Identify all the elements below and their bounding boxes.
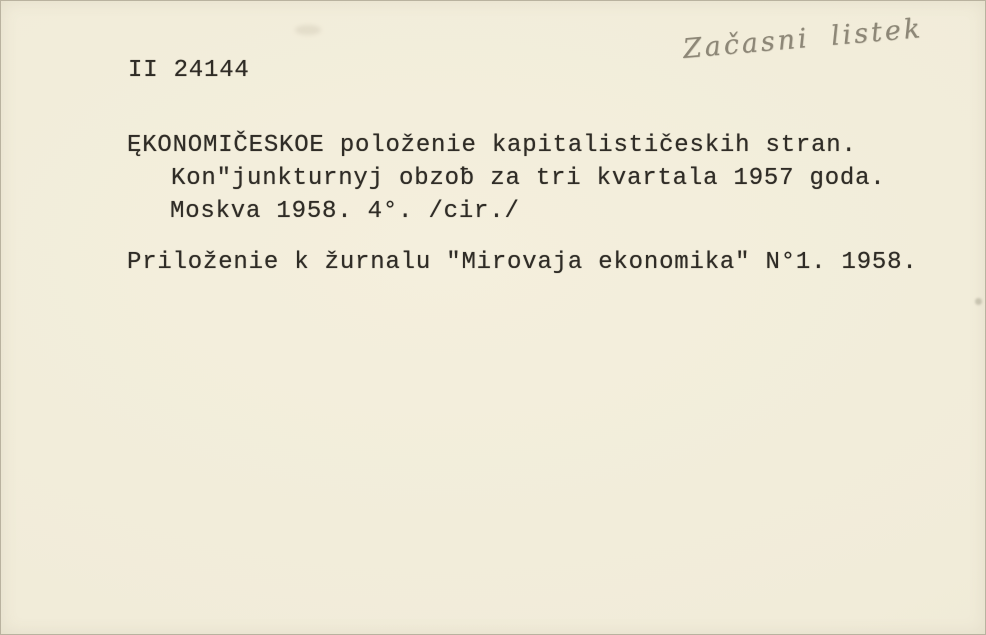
imprint-line: Moskva 1958. 4°. /cir./: [170, 200, 520, 224]
call-number: II 24144: [128, 59, 250, 83]
handwritten-note: Začasni listek: [682, 13, 925, 65]
subtitle-line: Kon"junkturnyj obzoƀ za tri kvartala 195…: [171, 167, 886, 191]
journal-note-line: Priloženie k žurnalu "Mirovaja ekonomika…: [127, 251, 918, 275]
catalog-card: II 24144 Začasni listek ĘKONOMIČESKOE po…: [0, 0, 986, 635]
title-line: ĘKONOMIČESKOE položenie kapitalističeski…: [127, 134, 857, 158]
